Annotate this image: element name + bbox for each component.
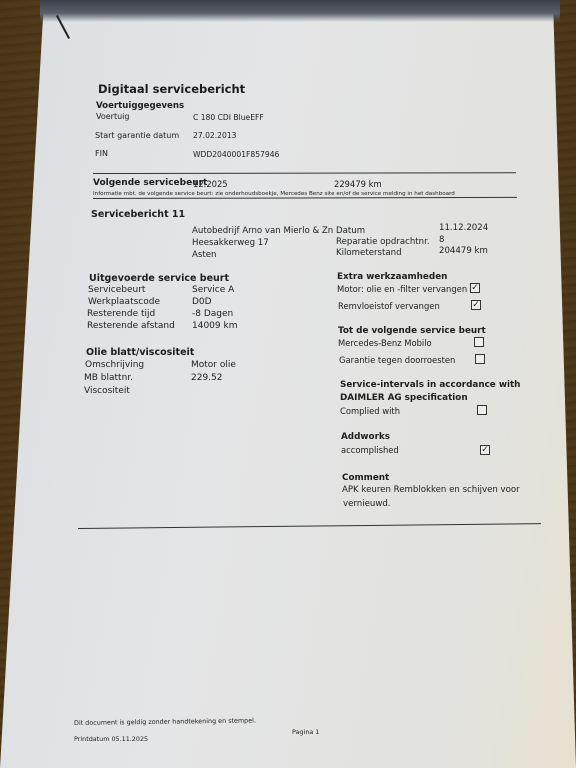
divider-next-service: [93, 197, 517, 199]
vehicle-heading: Voertuiggegevens: [96, 101, 184, 111]
oil-description-value: Motor olie: [191, 360, 236, 370]
accomplished-label: accomplished: [341, 445, 399, 455]
mobilo-label: Mercedes-Benz Mobilo: [338, 338, 432, 348]
mb-sheet-value: 229.52: [191, 373, 223, 383]
next-service-km: 229479 km: [334, 179, 382, 189]
service-type-label: Servicebeurt: [88, 285, 145, 295]
viscosity-label: Viscositeit: [84, 386, 130, 396]
remaining-time-label: Resterende tijd: [87, 309, 155, 319]
rust-warranty-label: Garantie tegen doorroesten: [339, 355, 455, 365]
service-document: Digitaal servicebericht Voertuiggegevens…: [0, 0, 576, 768]
divider-top: [93, 172, 516, 174]
warranty-start-label: Start garantie datum: [95, 131, 179, 140]
warranty-start-value: 27.02.2013: [193, 131, 236, 140]
fin-value: WDD2040001F857946: [193, 150, 279, 159]
checkbox-rust-warranty[interactable]: [475, 354, 485, 364]
pen-mark: [56, 15, 70, 39]
mileage-label: Kilometerstand: [336, 248, 402, 258]
mb-sheet-label: MB blattnr.: [84, 373, 133, 383]
comment-line-2: vernieuwd.: [343, 499, 391, 509]
vehicle-label: Voertuig: [96, 112, 129, 121]
divider-bottom: [78, 523, 541, 529]
dealer-city: Asten: [192, 250, 216, 260]
next-service-info: Informatie mbt. de volgende service beur…: [93, 191, 455, 197]
performed-service-heading: Uitgevoerde service beurt: [89, 273, 229, 284]
next-service-date: 12.2025: [193, 179, 228, 189]
mileage-value: 204479 km: [439, 246, 488, 256]
date-value: 11.12.2024: [439, 223, 488, 233]
extra-work-heading: Extra werkzaamheden: [337, 272, 447, 282]
service-report-heading: Servicebericht 11: [91, 209, 185, 220]
extra-work-item-oil: Motor: olie en -filter vervangen: [337, 284, 467, 294]
fin-label: FIN: [95, 149, 108, 158]
repair-order-label: Reparatie opdrachtnr.: [336, 237, 430, 247]
intervals-heading-line1: Service-intervals in accordance with: [340, 380, 520, 390]
checkbox-brake-fluid[interactable]: ✓: [471, 300, 481, 310]
checkbox-mobilo[interactable]: [474, 337, 484, 347]
remaining-time-value: -8 Dagen: [192, 309, 233, 319]
checkbox-complied-with[interactable]: [477, 405, 487, 415]
repair-order-value: 8: [439, 235, 444, 245]
checkbox-accomplished[interactable]: ✓: [480, 445, 490, 455]
validity-note: Dit document is geldig zonder handtekeni…: [74, 716, 256, 727]
workshop-code-value: D0D: [192, 297, 212, 307]
page-number: Pagina 1: [292, 728, 319, 736]
dealer-street: Heesakkerweg 17: [192, 238, 269, 248]
vehicle-value: C 180 CDI BlueEFF: [193, 113, 264, 122]
until-next-heading: Tot de volgende service beurt: [338, 326, 486, 336]
complied-with-label: Complied with: [340, 406, 400, 416]
next-service-label: Volgende servicebeurt: [93, 178, 207, 188]
date-label: Datum: [336, 226, 365, 236]
checkbox-oil-filter[interactable]: ✓: [470, 283, 480, 293]
service-type-value: Service A: [192, 285, 234, 295]
intervals-heading-line2: DAIMLER AG specification: [340, 393, 468, 403]
comment-line-1: APK keuren Remblokken en schijven voor: [342, 485, 520, 495]
oil-description-label: Omschrijving: [85, 360, 144, 370]
document-title: Digitaal servicebericht: [98, 82, 245, 96]
extra-work-item-brake-fluid: Remvloeistof vervangen: [338, 301, 440, 311]
workshop-code-label: Werkplaatscode: [88, 297, 160, 307]
oil-heading: Olie blatt/viscositeit: [86, 347, 194, 358]
dealer-name: Autobedrijf Arno van Mierlo & Zn: [192, 226, 333, 236]
remaining-distance-value: 14009 km: [192, 321, 237, 331]
remaining-distance-label: Resterende afstand: [87, 321, 175, 331]
comment-heading: Comment: [342, 473, 389, 483]
print-date: Printdatum 05.11.2025: [74, 735, 148, 743]
addworks-heading: Addworks: [341, 432, 390, 442]
